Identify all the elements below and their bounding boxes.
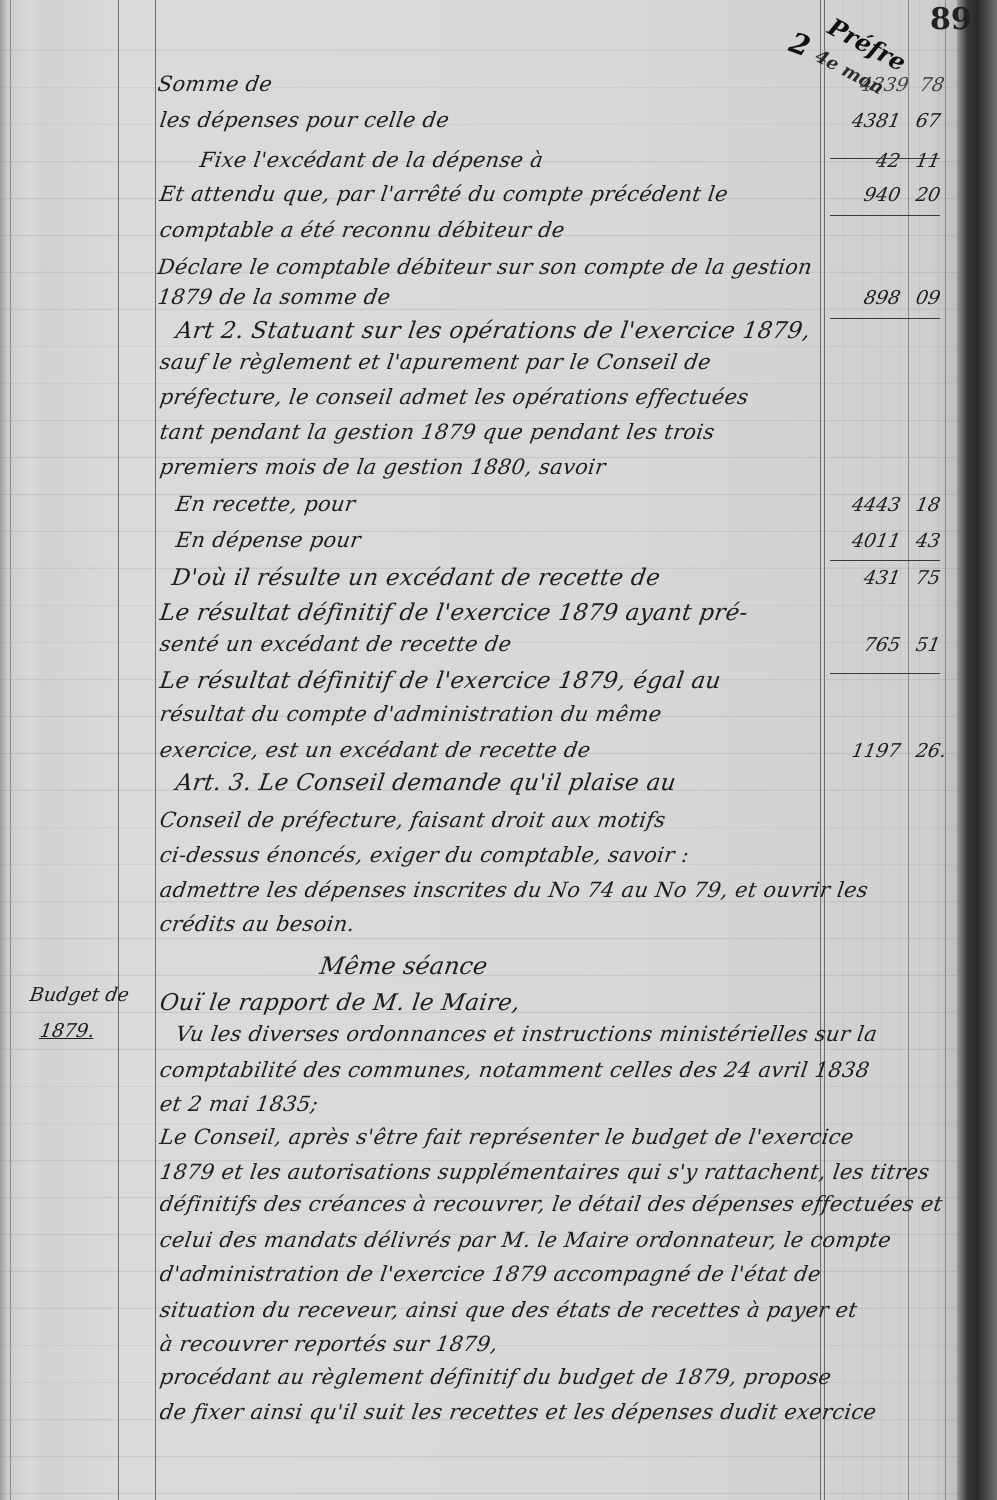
entry-text: crédits au besoin.: [158, 912, 356, 936]
section-text: Le Conseil, après s'être fait représente…: [158, 1125, 855, 1149]
entry-text: Le résultat définitif de l'exercice 1879…: [158, 668, 722, 694]
margin-note-year: 1879.: [38, 1020, 95, 1042]
section-text: à recouvrer reportés sur 1879,: [158, 1332, 499, 1356]
entry-cents: 26.: [914, 740, 948, 762]
entry-text: senté un excédant de recette de: [158, 632, 513, 656]
rule-margin: [118, 0, 119, 1500]
section-text: Vu les diverses ordonnances et instructi…: [174, 1022, 879, 1046]
sum-line-5: [830, 673, 940, 674]
entry-text: résultat du compte d'administration du m…: [158, 702, 663, 726]
page-number: 89: [930, 2, 972, 37]
entry-text: Le résultat définitif de l'exercice 1879…: [158, 600, 749, 626]
binding-spine: [957, 0, 997, 1500]
rule-cents: [908, 0, 909, 1500]
section-text: procédant au règlement définitif du budg…: [158, 1365, 833, 1389]
entry-text: préfecture, le conseil admet les opérati…: [158, 385, 750, 409]
margin-note-budget: Budget de: [28, 984, 130, 1006]
rule-left-edge: [10, 0, 11, 1500]
entry-text: premiers mois de la gestion 1880, savoir: [158, 455, 607, 479]
entry-text: sauf le règlement et l'apurement par le …: [158, 350, 712, 374]
entry-cents: 51: [914, 634, 942, 656]
entry-cents: 11: [914, 150, 942, 172]
overwritten-amount: 4339: [858, 74, 910, 96]
entry-amount: 1197: [850, 740, 902, 762]
entry-amount: 42: [874, 150, 902, 172]
section-text: comptabilité des communes, notamment cel…: [158, 1058, 871, 1082]
entry-text: ci-dessus énoncés, exiger du comptable, …: [158, 843, 690, 867]
section-text: situation du receveur, ainsi que des éta…: [158, 1298, 859, 1322]
entry-cents: 43: [914, 530, 942, 552]
entry-amount: 898: [862, 287, 902, 309]
session-heading: Même séance: [318, 952, 489, 980]
section-text: 1879 et les autorisations supplémentaire…: [158, 1160, 931, 1184]
entry-text: Fixe l'excédant de la dépense à: [198, 148, 545, 172]
rule-text-start: [155, 0, 156, 1500]
entry-text: Art 2. Statuant sur les opérations de l'…: [174, 318, 812, 344]
entry-text: tant pendant la gestion 1879 que pendant…: [158, 420, 716, 444]
entry-cents: 18: [914, 494, 942, 516]
section-text: de fixer ainsi qu'il suit les recettes e…: [158, 1400, 878, 1424]
entry-text: exercice, est un excédant de recette de: [158, 738, 592, 762]
entry-cents: 75: [914, 567, 942, 589]
entry-text: En recette, pour: [174, 492, 357, 516]
entry-amount: 431: [862, 567, 902, 589]
section-text: Ouï le rapport de M. le Maire,: [158, 990, 521, 1016]
section-text: celui des mandats délivrés par M. le Mai…: [158, 1228, 892, 1252]
overwritten-cents: 78: [918, 74, 946, 96]
sum-line-2: [830, 215, 940, 216]
entry-text: Art. 3. Le Conseil demande qu'il plaise …: [174, 770, 677, 796]
section-text: définitifs des créances à recouvrer, le …: [158, 1192, 944, 1216]
entry-text: D'où il résulte un excédant de recette d…: [170, 565, 662, 591]
sum-line-1: [830, 158, 940, 159]
entry-text: Conseil de préfecture, faisant droit aux…: [158, 808, 667, 832]
entry-text: Déclare le comptable débiteur sur son co…: [156, 255, 813, 279]
entry-cents: 09: [914, 287, 942, 309]
entry-amount: 940: [862, 184, 902, 206]
ledger-page: 89 2 Préfre 4e mon 4339 78 Budget de 187…: [0, 0, 997, 1500]
section-text: et 2 mai 1835;: [158, 1092, 319, 1116]
entry-text: En dépense pour: [174, 528, 362, 552]
entry-text: admettre les dépenses inscrites du No 74…: [158, 878, 869, 902]
sum-line-4: [830, 560, 940, 561]
entry-amount: 765: [862, 634, 902, 656]
entry-text: comptable a été reconnu débiteur de: [158, 218, 566, 242]
entry-text: 1879 de la somme de: [156, 285, 392, 309]
entry-text: Somme de: [156, 72, 274, 96]
entry-amount: 4443: [850, 494, 902, 516]
section-text: d'administration de l'exercice 1879 acco…: [158, 1262, 822, 1286]
entry-text: les dépenses pour celle de: [158, 108, 451, 132]
rule-amount-left-2: [824, 0, 825, 1500]
entry-cents: 20: [914, 184, 942, 206]
entry-amount: 4381: [850, 110, 902, 132]
entry-amount: 4011: [850, 530, 902, 552]
sum-line-3: [830, 318, 940, 319]
entry-text: Et attendu que, par l'arrêté du compte p…: [158, 182, 729, 206]
entry-cents: 67: [914, 110, 942, 132]
